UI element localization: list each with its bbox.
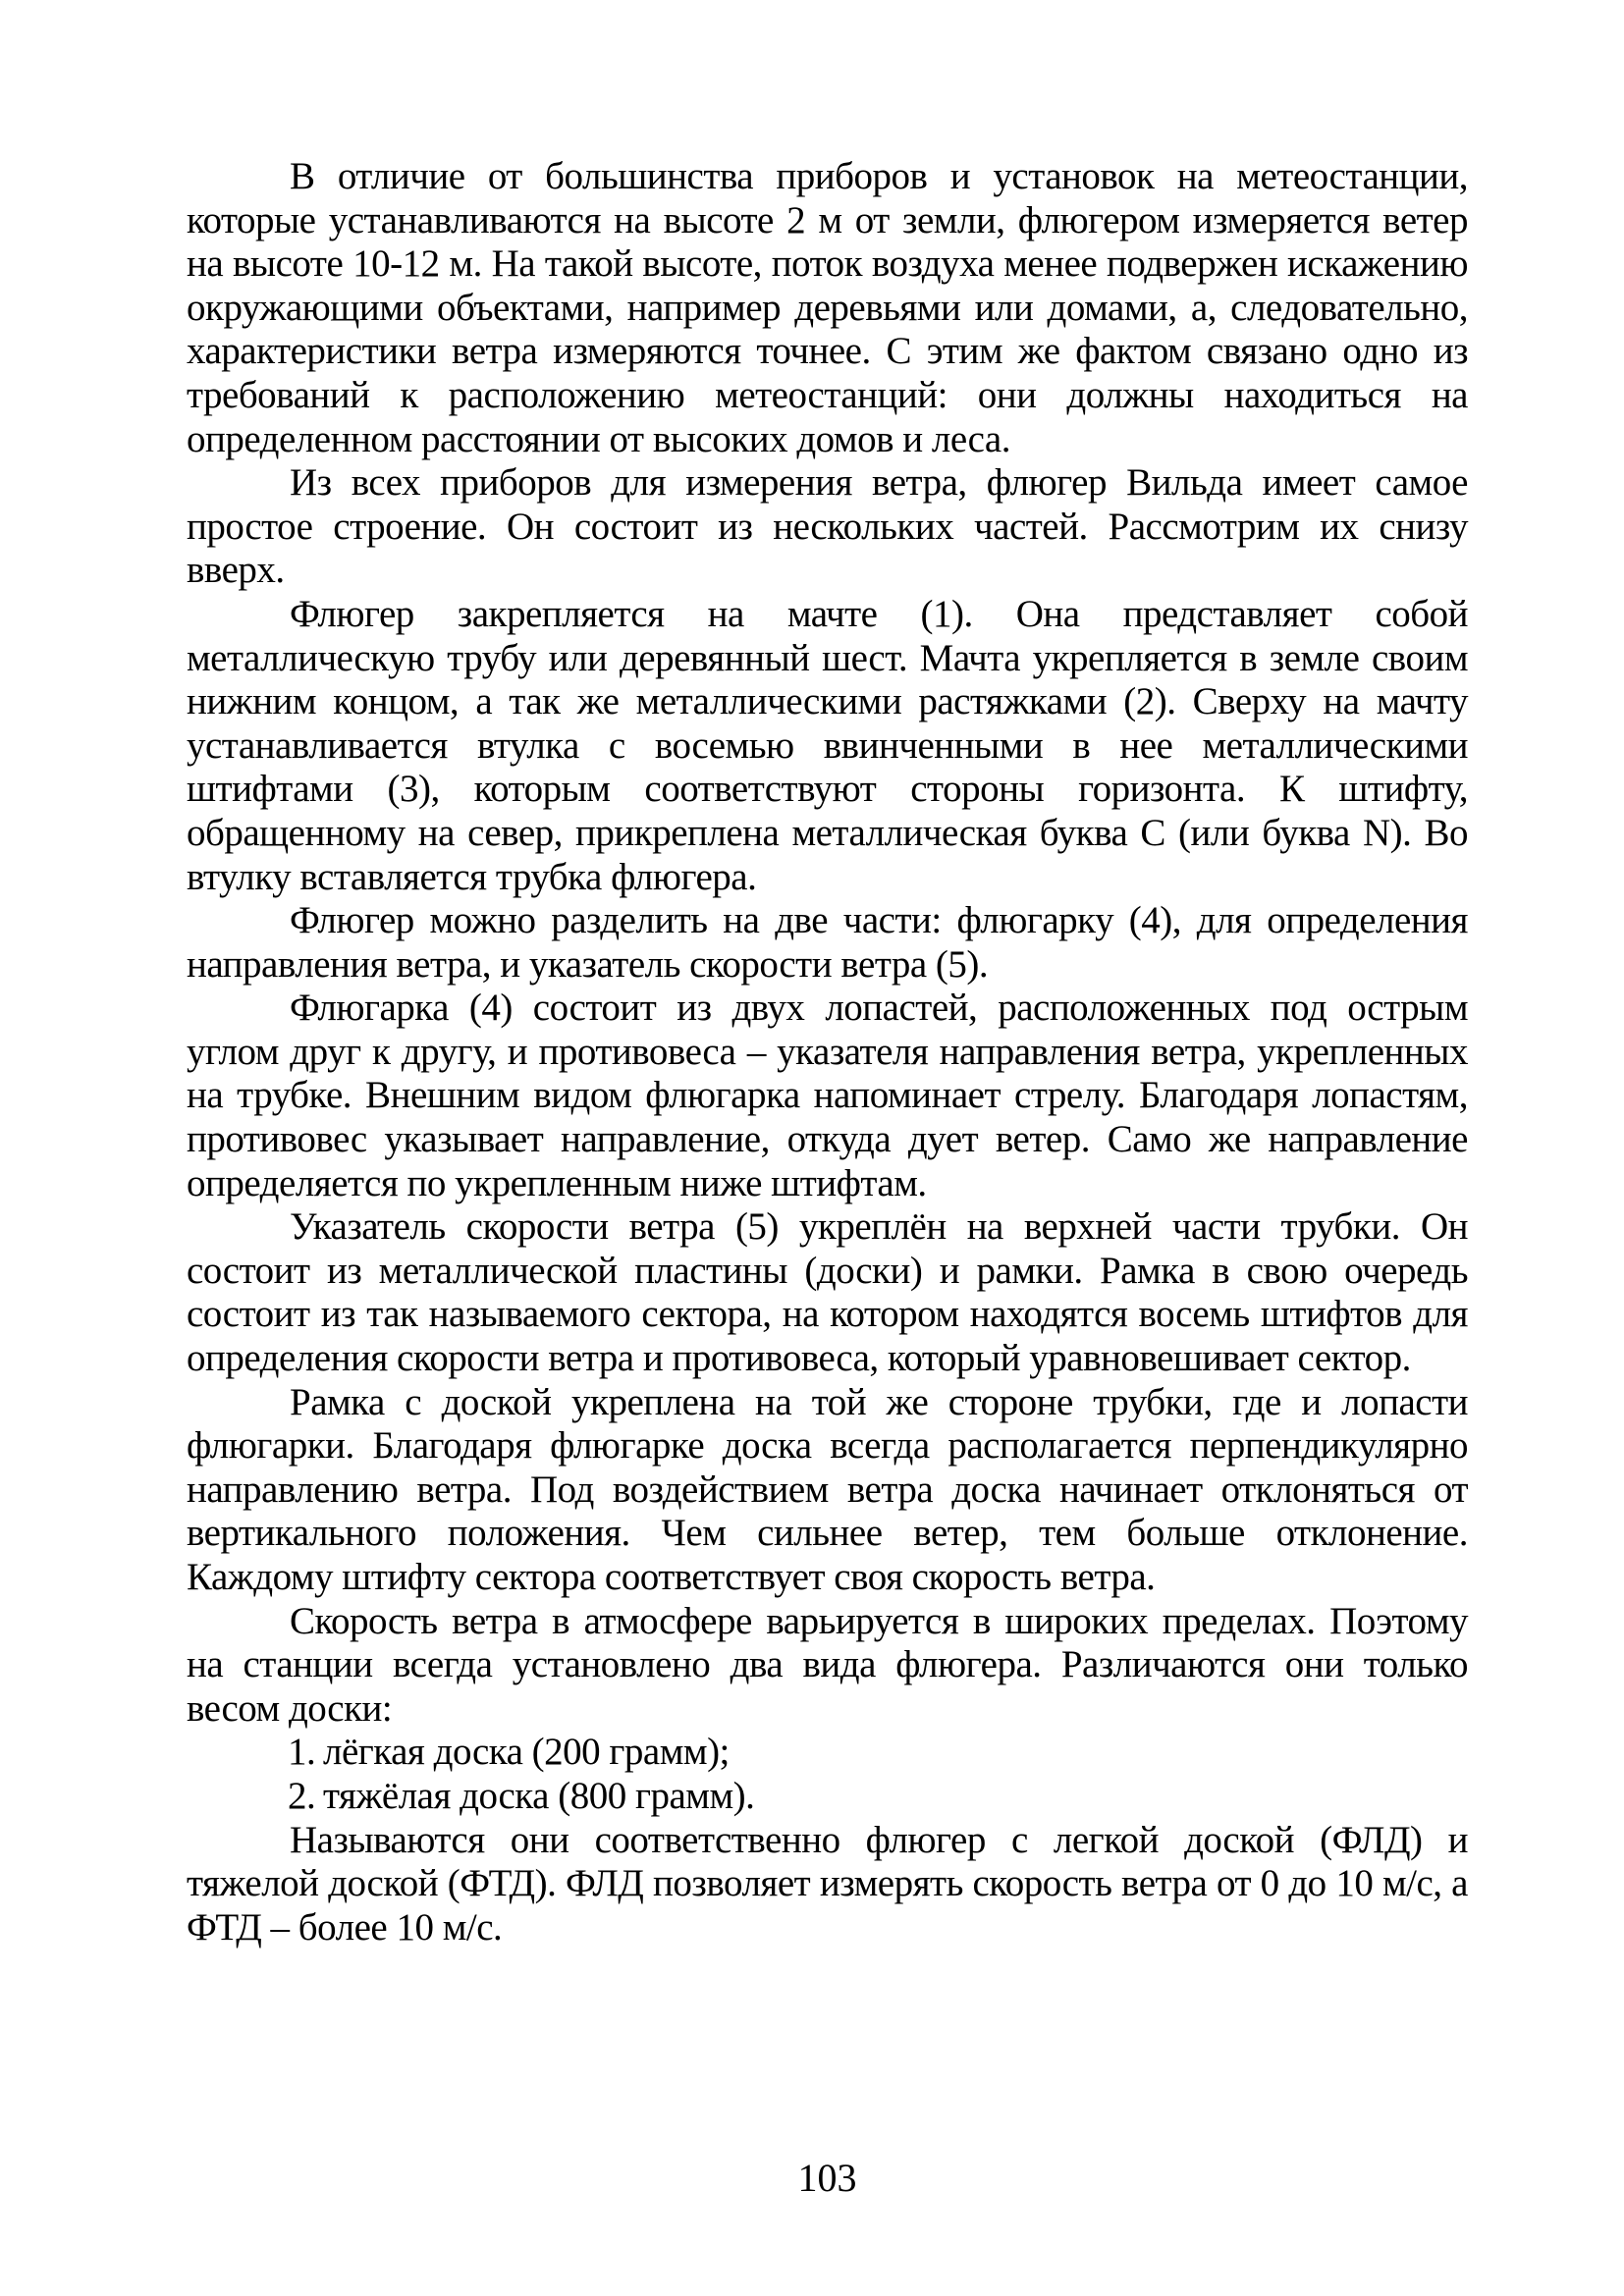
- paragraph-vane-simplicity: Из всех приборов для измерения ветра, фл…: [187, 461, 1468, 593]
- page-number: 103: [187, 2156, 1468, 2201]
- list-item-light-board: 1.лёгкая доска (200 грамм);: [288, 1731, 1468, 1775]
- paragraph-two-types: Скорость ветра в атмосфере варьируется в…: [187, 1600, 1468, 1732]
- document-page: В отличие от большинства приборов и уста…: [0, 0, 1624, 2296]
- paragraph-mast-description: Флюгер закрепляется на мачте (1). Она пр…: [187, 593, 1468, 899]
- list-item-number: 2.: [288, 1775, 323, 1819]
- paragraph-speed-indicator: Указатель скорости ветра (5) укреплён на…: [187, 1205, 1468, 1380]
- list-item-heavy-board: 2.тяжёлая доска (800 грамм).: [288, 1775, 1468, 1819]
- paragraph-intro-wind-height: В отличие от большинства приборов и уста…: [187, 155, 1468, 461]
- paragraph-flyugarka: Флюгарка (4) состоит из двух лопастей, р…: [187, 987, 1468, 1205]
- list-item-number: 1.: [288, 1731, 323, 1775]
- list-item-text: тяжёлая доска (800 грамм).: [323, 1775, 754, 1817]
- paragraph-two-parts: Флюгер можно разделить на две части: флю…: [187, 899, 1468, 987]
- board-types-list: 1.лёгкая доска (200 грамм); 2.тяжёлая до…: [187, 1731, 1468, 1818]
- text-block: В отличие от большинства приборов и уста…: [187, 155, 1468, 1949]
- paragraph-fld-ftd: Называются они соответственно флюгер с л…: [187, 1819, 1468, 1950]
- list-item-text: лёгкая доска (200 грамм);: [323, 1731, 730, 1773]
- paragraph-frame-board: Рамка с доской укреплена на той же сторо…: [187, 1381, 1468, 1600]
